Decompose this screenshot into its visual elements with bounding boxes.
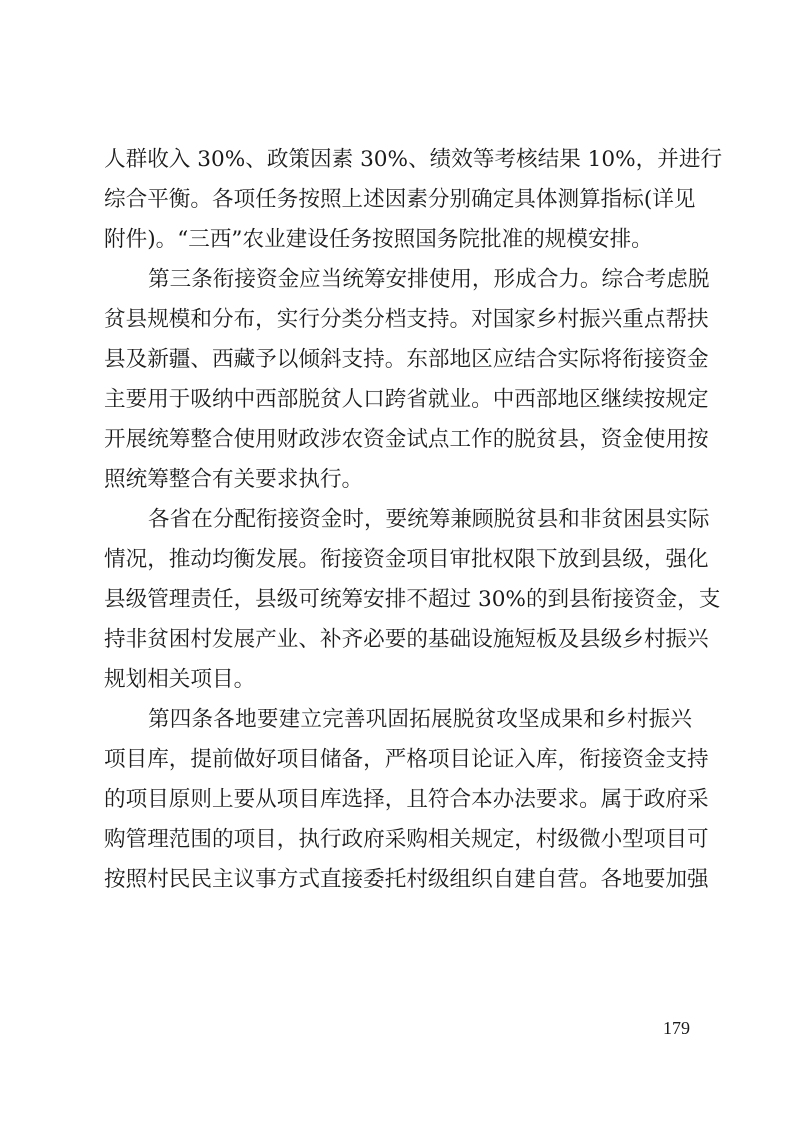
text-line: 第三条衔接资金应当统筹安排使用，形成合力。综合考虑脱 — [104, 260, 692, 300]
page-number: 179 — [663, 1018, 690, 1039]
text-line: 贫县规模和分布，实行分类分档支持。对国家乡村振兴重点帮扶 — [104, 300, 692, 340]
text-line: 第四条各地要建立完善巩固拓展脱贫攻坚成果和乡村振兴 — [104, 700, 692, 740]
text-line: 的项目原则上要从项目库选择，且符合本办法要求。属于政府采 — [104, 780, 692, 820]
text-line: 项目库，提前做好项目储备，严格项目论证入库，衔接资金支持 — [104, 740, 692, 780]
document-body: 人群收入 30%、政策因素 30%、绩效等考核结果 10%，并进行 综合平衡。各… — [104, 140, 692, 900]
text-line: 购管理范围的项目，执行政府采购相关规定，村级微小型项目可 — [104, 820, 692, 860]
text-line: 各省在分配衔接资金时，要统筹兼顾脱贫县和非贫困县实际 — [104, 500, 692, 540]
text-line: 附件)。“三西”农业建设任务按照国务院批准的规模安排。 — [104, 220, 692, 260]
text-line: 持非贫困村发展产业、补齐必要的基础设施短板及县级乡村振兴 — [104, 620, 692, 660]
text-line: 规划相关项目。 — [104, 660, 692, 700]
text-line: 县及新疆、西藏予以倾斜支持。东部地区应结合实际将衔接资金 — [104, 340, 692, 380]
text-line: 主要用于吸纳中西部脱贫人口跨省就业。中西部地区继续按规定 — [104, 380, 692, 420]
text-line: 人群收入 30%、政策因素 30%、绩效等考核结果 10%，并进行 — [104, 140, 692, 180]
text-line: 情况，推动均衡发展。衔接资金项目审批权限下放到县级，强化 — [104, 540, 692, 580]
text-line: 县级管理责任，县级可统筹安排不超过 30%的到县衔接资金，支 — [104, 580, 692, 620]
text-line: 按照村民民主议事方式直接委托村级组织自建自营。各地要加强 — [104, 860, 692, 900]
paragraph-1: 人群收入 30%、政策因素 30%、绩效等考核结果 10%，并进行 综合平衡。各… — [104, 140, 692, 260]
paragraph-article-4: 第四条各地要建立完善巩固拓展脱贫攻坚成果和乡村振兴 项目库，提前做好项目储备，严… — [104, 700, 692, 900]
text-line: 综合平衡。各项任务按照上述因素分别确定具体测算指标(详见 — [104, 180, 692, 220]
text-line: 照统筹整合有关要求执行。 — [104, 460, 692, 500]
paragraph-provincial-allocation: 各省在分配衔接资金时，要统筹兼顾脱贫县和非贫困县实际 情况，推动均衡发展。衔接资… — [104, 500, 692, 700]
paragraph-article-3: 第三条衔接资金应当统筹安排使用，形成合力。综合考虑脱 贫县规模和分布，实行分类分… — [104, 260, 692, 500]
text-line: 开展统筹整合使用财政涉农资金试点工作的脱贫县，资金使用按 — [104, 420, 692, 460]
